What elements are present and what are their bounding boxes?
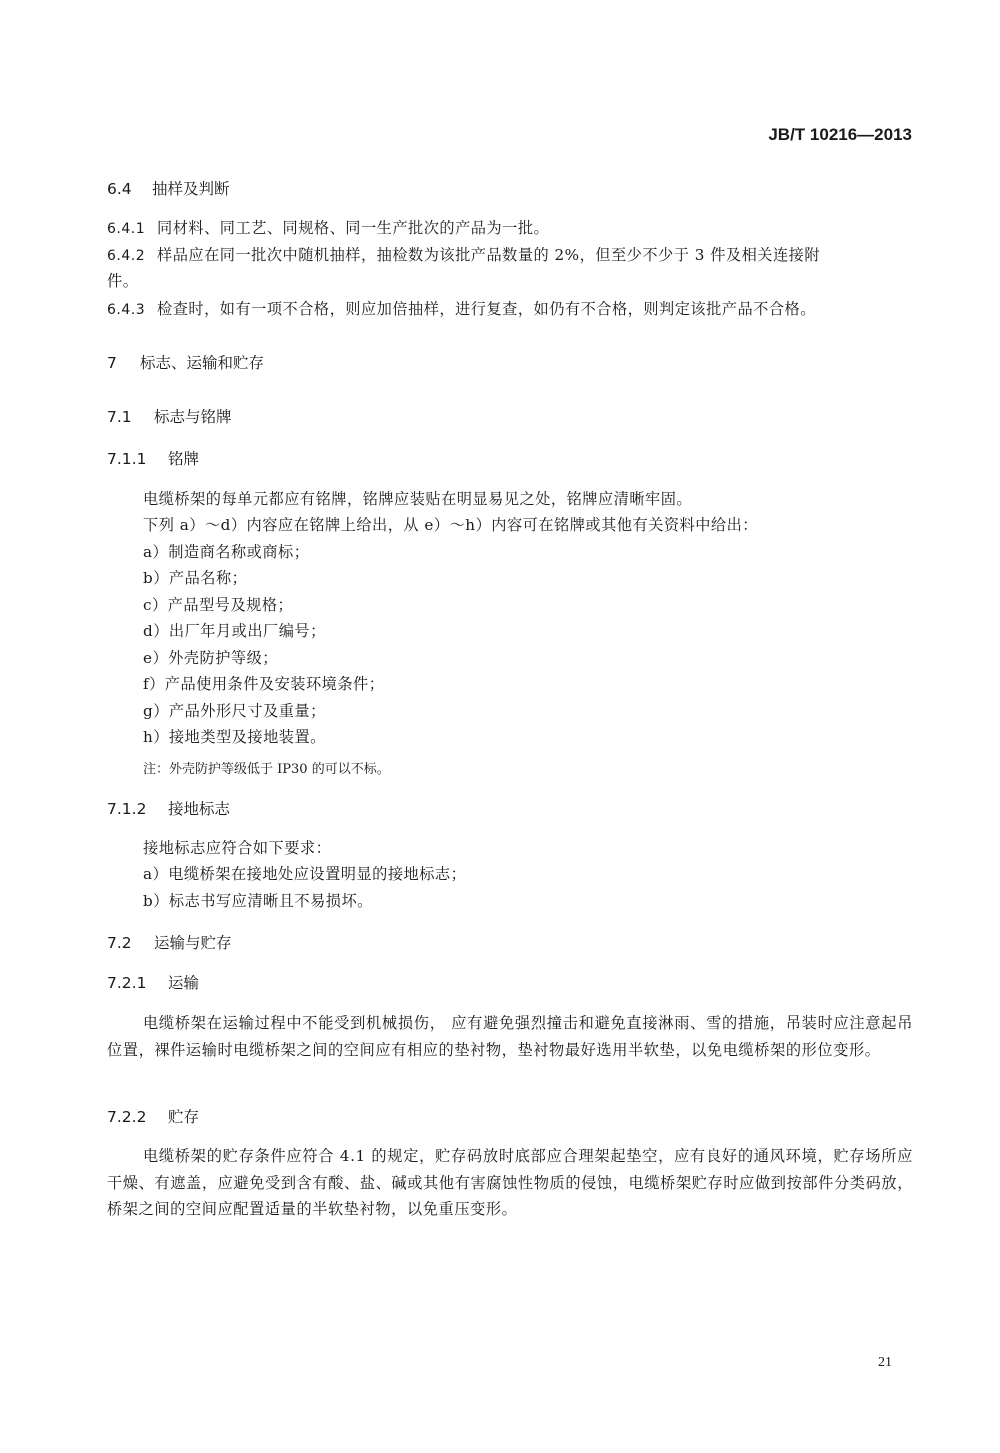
section-heading-6-4: 6.4 抽样及判断 [107,177,229,199]
list-item: b）产品名称； [143,567,247,588]
section-number: 7 [107,354,135,372]
list-item: a）制造商名称或商标； [143,541,309,562]
clause-6-4-2-continuation: 件。 [107,270,138,291]
section-number: 7.2.1 [107,974,163,992]
clause-6-4-2: 6.4.2样品应在同一批次中随机抽样，抽检数为该批产品数量的 2%，但至少不少于… [107,244,820,265]
section-number: 7.2 [107,934,149,952]
section-heading-7-2-1: 7.2.1 运输 [107,971,199,993]
list-item: d）出厂年月或出厂编号； [143,620,326,641]
section-title: 抽样及判断 [152,180,230,198]
clause-number: 6.4.3 [107,302,157,318]
section-heading-7-1-2: 7.1.2 接地标志 [107,797,230,819]
clause-text: 样品应在同一批次中随机抽样，抽检数为该批产品数量的 2%，但至少不少于 3 件及… [157,246,820,264]
clause-number: 6.4.2 [107,248,157,264]
paragraph: 接地标志应符合如下要求： [143,837,331,858]
section-heading-7-1-1: 7.1.1 铭牌 [107,447,199,469]
section-number: 7.2.2 [107,1108,163,1126]
list-item: f）产品使用条件及安装环境条件； [143,673,384,694]
clause-text: 检查时，如有一项不合格，则应加倍抽样，进行复查，如仍有不合格，则判定该批产品不合… [157,300,816,318]
section-number: 7.1.2 [107,800,163,818]
clause-6-4-3: 6.4.3检查时，如有一项不合格，则应加倍抽样，进行复查，如仍有不合格，则判定该… [107,298,816,319]
section-title: 标志、运输和贮存 [140,354,264,372]
section-title: 标志与铭牌 [154,408,232,426]
list-item: g）产品外形尺寸及重量； [143,700,326,721]
note: 注：外壳防护等级低于 IP30 的可以不标。 [143,758,390,777]
section-title: 运输 [168,974,199,992]
clause-number: 6.4.1 [107,221,157,237]
paragraph: 电缆桥架在运输过程中不能受到机械损伤， 应有避免强烈撞击和避免直接淋雨、雪的措施… [107,1010,913,1063]
list-item: h）接地类型及接地装置。 [143,726,326,747]
section-number: 7.1 [107,408,149,426]
section-heading-7: 7 标志、运输和贮存 [107,351,264,373]
section-title: 贮存 [168,1108,199,1126]
clause-text: 同材料、同工艺、同规格、同一生产批次的产品为一批。 [157,219,549,237]
paragraph: 下列 a）～d）内容应在铭牌上给出，从 e）～h）内容可在铭牌或其他有关资料中给… [143,514,758,535]
paragraph: 电缆桥架的每单元都应有铭牌，铭牌应装贴在明显易见之处，铭牌应清晰牢固。 [143,488,692,509]
paragraph: 电缆桥架的贮存条件应符合 4.1 的规定，贮存码放时底部应合理架起垫空，应有良好… [107,1143,913,1223]
clause-6-4-1: 6.4.1同材料、同工艺、同规格、同一生产批次的产品为一批。 [107,217,549,238]
section-title: 接地标志 [168,800,230,818]
page-number: 21 [878,1355,892,1371]
section-heading-7-2: 7.2 运输与贮存 [107,931,231,953]
list-item: c）产品型号及规格； [143,594,293,615]
section-heading-7-1: 7.1 标志与铭牌 [107,405,231,427]
list-item: a）电缆桥架在接地处应设置明显的接地标志； [143,863,466,884]
section-number: 6.4 [107,180,147,198]
section-title: 铭牌 [168,450,199,468]
standard-code: JB/T 10216—2013 [768,125,912,145]
list-item: b）标志书写应清晰且不易损坏。 [143,890,373,911]
list-item: e）外壳防护等级； [143,647,278,668]
section-number: 7.1.1 [107,450,163,468]
section-title: 运输与贮存 [154,934,232,952]
section-heading-7-2-2: 7.2.2 贮存 [107,1105,199,1127]
